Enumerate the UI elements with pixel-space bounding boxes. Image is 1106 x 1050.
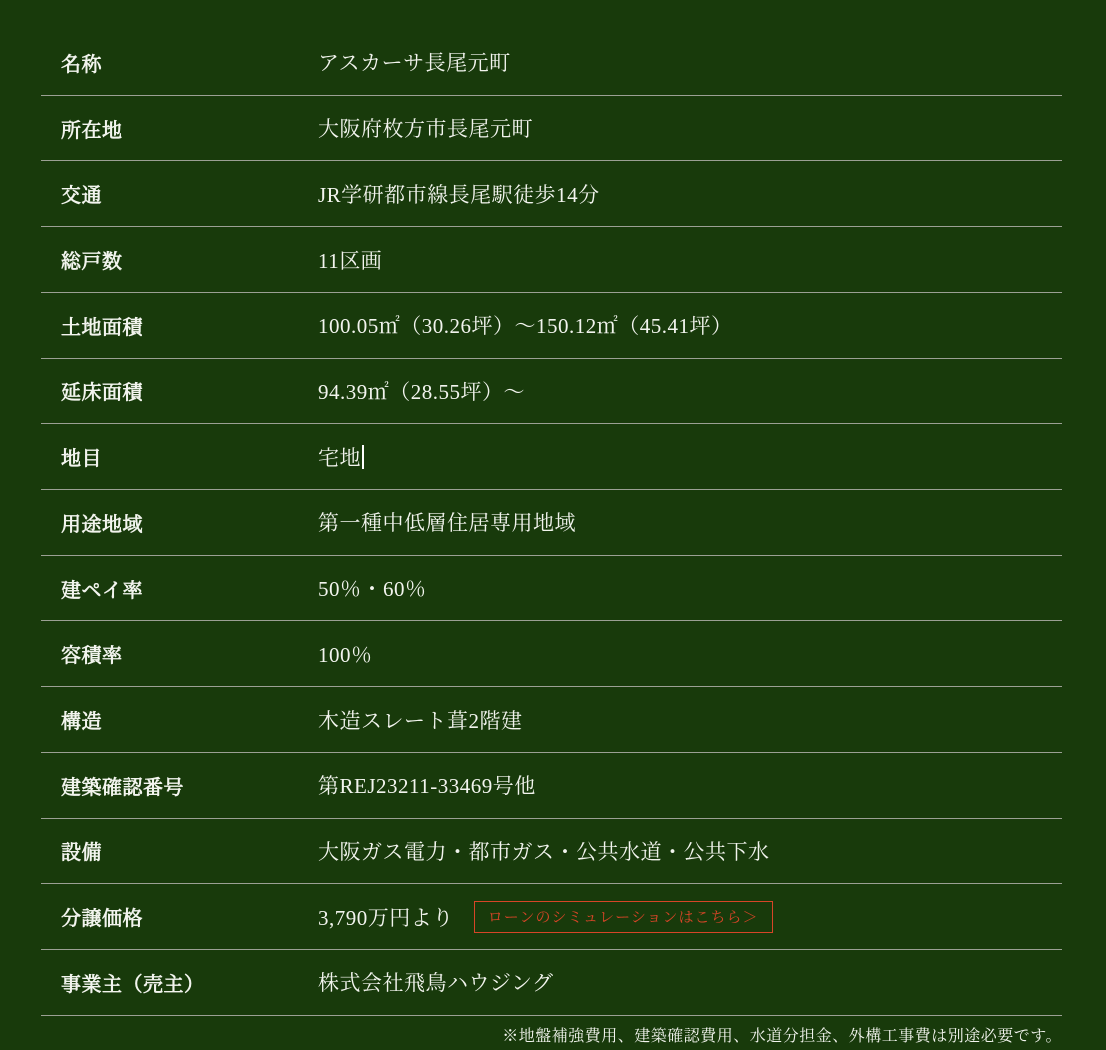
table-row: 事業主（売主） 株式会社飛鳥ハウジング — [41, 950, 1062, 1016]
table-row: 設備 大阪ガス電力・都市ガス・公共水道・公共下水 — [41, 819, 1062, 885]
row-label: 所在地 — [41, 114, 318, 143]
loan-simulation-link[interactable]: ローンのシミュレーションはこちら＞ — [474, 901, 773, 933]
table-row: 延床面積 94.39㎡（28.55坪）〜 — [41, 359, 1062, 425]
row-value-text: 木造スレート葺2階建 — [318, 705, 523, 735]
row-value: 大阪ガス電力・都市ガス・公共水道・公共下水 — [318, 836, 1062, 866]
row-value-text: 94.39㎡（28.55坪）〜 — [318, 376, 525, 406]
table-row: 土地面積 100.05㎡（30.26坪）〜150.12㎡（45.41坪） — [41, 293, 1062, 359]
row-value: 50％・60％ — [318, 573, 1062, 603]
row-value: 第一種中低層住居専用地域 — [318, 507, 1062, 537]
row-label: 交通 — [41, 179, 318, 208]
row-value-text: 100％ — [318, 639, 373, 669]
row-label: 建ペイ率 — [41, 574, 318, 603]
row-label: 地目 — [41, 442, 318, 471]
row-value: 100.05㎡（30.26坪）〜150.12㎡（45.41坪） — [318, 310, 1062, 340]
row-label: 用途地域 — [41, 508, 318, 537]
row-label: 延床面積 — [41, 376, 318, 405]
row-value-text: 宅地 — [318, 442, 361, 472]
table-row: 地目 宅地 — [41, 424, 1062, 490]
row-value: 大阪府枚方市長尾元町 — [318, 113, 1062, 143]
row-value-text: 11区画 — [318, 245, 382, 275]
row-value-text: アスカーサ長尾元町 — [318, 47, 511, 77]
row-value: 株式会社飛鳥ハウジング — [318, 967, 1062, 997]
row-value-text: 大阪ガス電力・都市ガス・公共水道・公共下水 — [318, 836, 770, 866]
row-value-text: 50％・60％ — [318, 573, 427, 603]
row-value-text: JR学研都市線長尾駅徒歩14分 — [318, 179, 600, 209]
row-value: 100％ — [318, 639, 1062, 669]
row-value-text: 大阪府枚方市長尾元町 — [318, 113, 533, 143]
row-value: アスカーサ長尾元町 — [318, 47, 1062, 77]
text-caret — [362, 445, 364, 469]
table-row: 交通 JR学研都市線長尾駅徒歩14分 — [41, 161, 1062, 227]
row-value-text: 株式会社飛鳥ハウジング — [318, 967, 554, 997]
table-row: 用途地域 第一種中低層住居専用地域 — [41, 490, 1062, 556]
row-label: 事業主（売主） — [41, 968, 318, 997]
row-label: 名称 — [41, 48, 318, 77]
table-row: 容積率 100％ — [41, 621, 1062, 687]
row-label: 分譲価格 — [41, 902, 318, 931]
row-label: 総戸数 — [41, 245, 318, 274]
row-label: 構造 — [41, 705, 318, 734]
row-value: 11区画 — [318, 245, 1062, 275]
property-spec-table: 名称 アスカーサ長尾元町 所在地 大阪府枚方市長尾元町 交通 JR学研都市線長尾… — [41, 30, 1062, 1016]
row-value: 94.39㎡（28.55坪）〜 — [318, 376, 1062, 406]
row-value: 3,790万円より ローンのシミュレーションはこちら＞ — [318, 901, 1062, 933]
row-value: 第REJ23211-33469号他 — [318, 770, 1062, 800]
table-row: 名称 アスカーサ長尾元町 — [41, 30, 1062, 96]
row-value: JR学研都市線長尾駅徒歩14分 — [318, 179, 1062, 209]
row-value: 宅地 — [318, 442, 1062, 472]
row-value-text: 100.05㎡（30.26坪）〜150.12㎡（45.41坪） — [318, 310, 733, 340]
row-label: 容積率 — [41, 639, 318, 668]
table-row: 構造 木造スレート葺2階建 — [41, 687, 1062, 753]
row-label: 設備 — [41, 836, 318, 865]
table-row: 建ペイ率 50％・60％ — [41, 556, 1062, 622]
row-value-text: 第REJ23211-33469号他 — [318, 770, 536, 800]
table-row: 分譲価格 3,790万円より ローンのシミュレーションはこちら＞ — [41, 884, 1062, 950]
table-row: 建築確認番号 第REJ23211-33469号他 — [41, 753, 1062, 819]
row-value: 木造スレート葺2階建 — [318, 705, 1062, 735]
row-label: 土地面積 — [41, 311, 318, 340]
footnote: ※地盤補強費用、建築確認費用、水道分担金、外構工事費は別途必要です。 — [41, 1023, 1062, 1046]
table-row: 総戸数 11区画 — [41, 227, 1062, 293]
row-label: 建築確認番号 — [41, 771, 318, 800]
row-value-text: 第一種中低層住居専用地域 — [318, 507, 576, 537]
row-value-text: 3,790万円より — [318, 902, 454, 932]
property-info-panel: 名称 アスカーサ長尾元町 所在地 大阪府枚方市長尾元町 交通 JR学研都市線長尾… — [41, 30, 1062, 1046]
table-row: 所在地 大阪府枚方市長尾元町 — [41, 96, 1062, 162]
